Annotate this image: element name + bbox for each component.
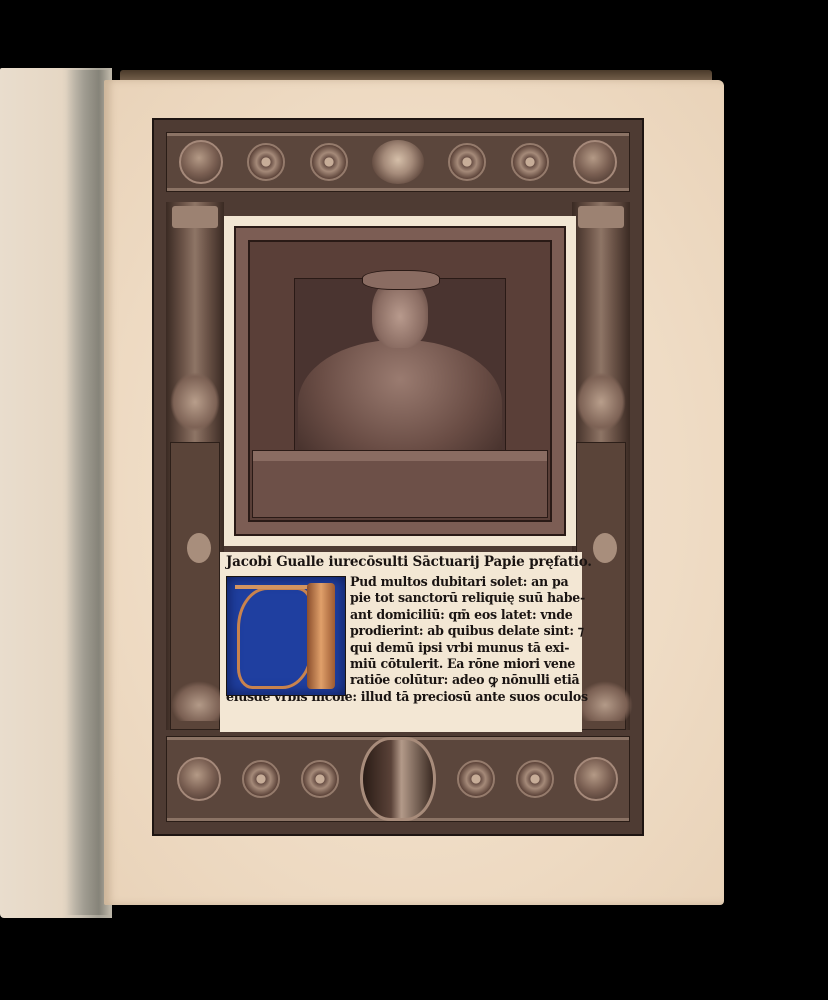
illuminated-initial	[226, 576, 346, 696]
seated-piper-figure	[170, 372, 220, 432]
medallion-portrait-icon	[179, 140, 223, 184]
mask-face-icon	[593, 533, 617, 563]
rosette-icon	[511, 143, 549, 181]
rosette-icon	[516, 760, 554, 798]
portrait-desk	[252, 450, 548, 518]
sphinx-figure	[171, 681, 227, 721]
bottom-frieze	[166, 736, 630, 822]
medallion-portrait-icon	[574, 757, 618, 801]
vine-ornament	[237, 587, 313, 689]
shield-icon	[360, 737, 436, 821]
pillar-pedestal	[170, 442, 220, 730]
seated-archer-figure	[576, 372, 626, 432]
portrait-cap	[362, 270, 440, 290]
pillar-pedestal	[576, 442, 626, 730]
pillar-capital	[578, 206, 624, 228]
rosette-icon	[448, 143, 486, 181]
scholar-portrait	[234, 226, 566, 536]
portrait-panel	[224, 216, 576, 546]
initial-trunk	[307, 583, 335, 689]
preface-heading: Jacobi Gualle iurecōsulti Sāctuarij Papi…	[226, 552, 576, 572]
medallion-portrait-icon	[573, 140, 617, 184]
pillar-capital	[172, 206, 218, 228]
text-panel: Jacobi Gualle iurecōsulti Sāctuarij Papi…	[220, 552, 582, 732]
rosette-icon	[457, 760, 495, 798]
preface-body: Pud multos dubitari solet: an pa pie tot…	[226, 574, 576, 705]
mask-face-icon	[187, 533, 211, 563]
rosette-icon	[247, 143, 285, 181]
top-frieze	[166, 132, 630, 192]
left-pillar	[166, 202, 224, 730]
medallion-portrait-icon	[177, 757, 221, 801]
woodcut-border-frame: Jacobi Gualle iurecōsulti Sāctuarij Papi…	[152, 118, 644, 836]
rosette-icon	[301, 760, 339, 798]
rosette-icon	[310, 143, 348, 181]
crowned-face-icon	[372, 140, 424, 184]
rosette-icon	[242, 760, 280, 798]
